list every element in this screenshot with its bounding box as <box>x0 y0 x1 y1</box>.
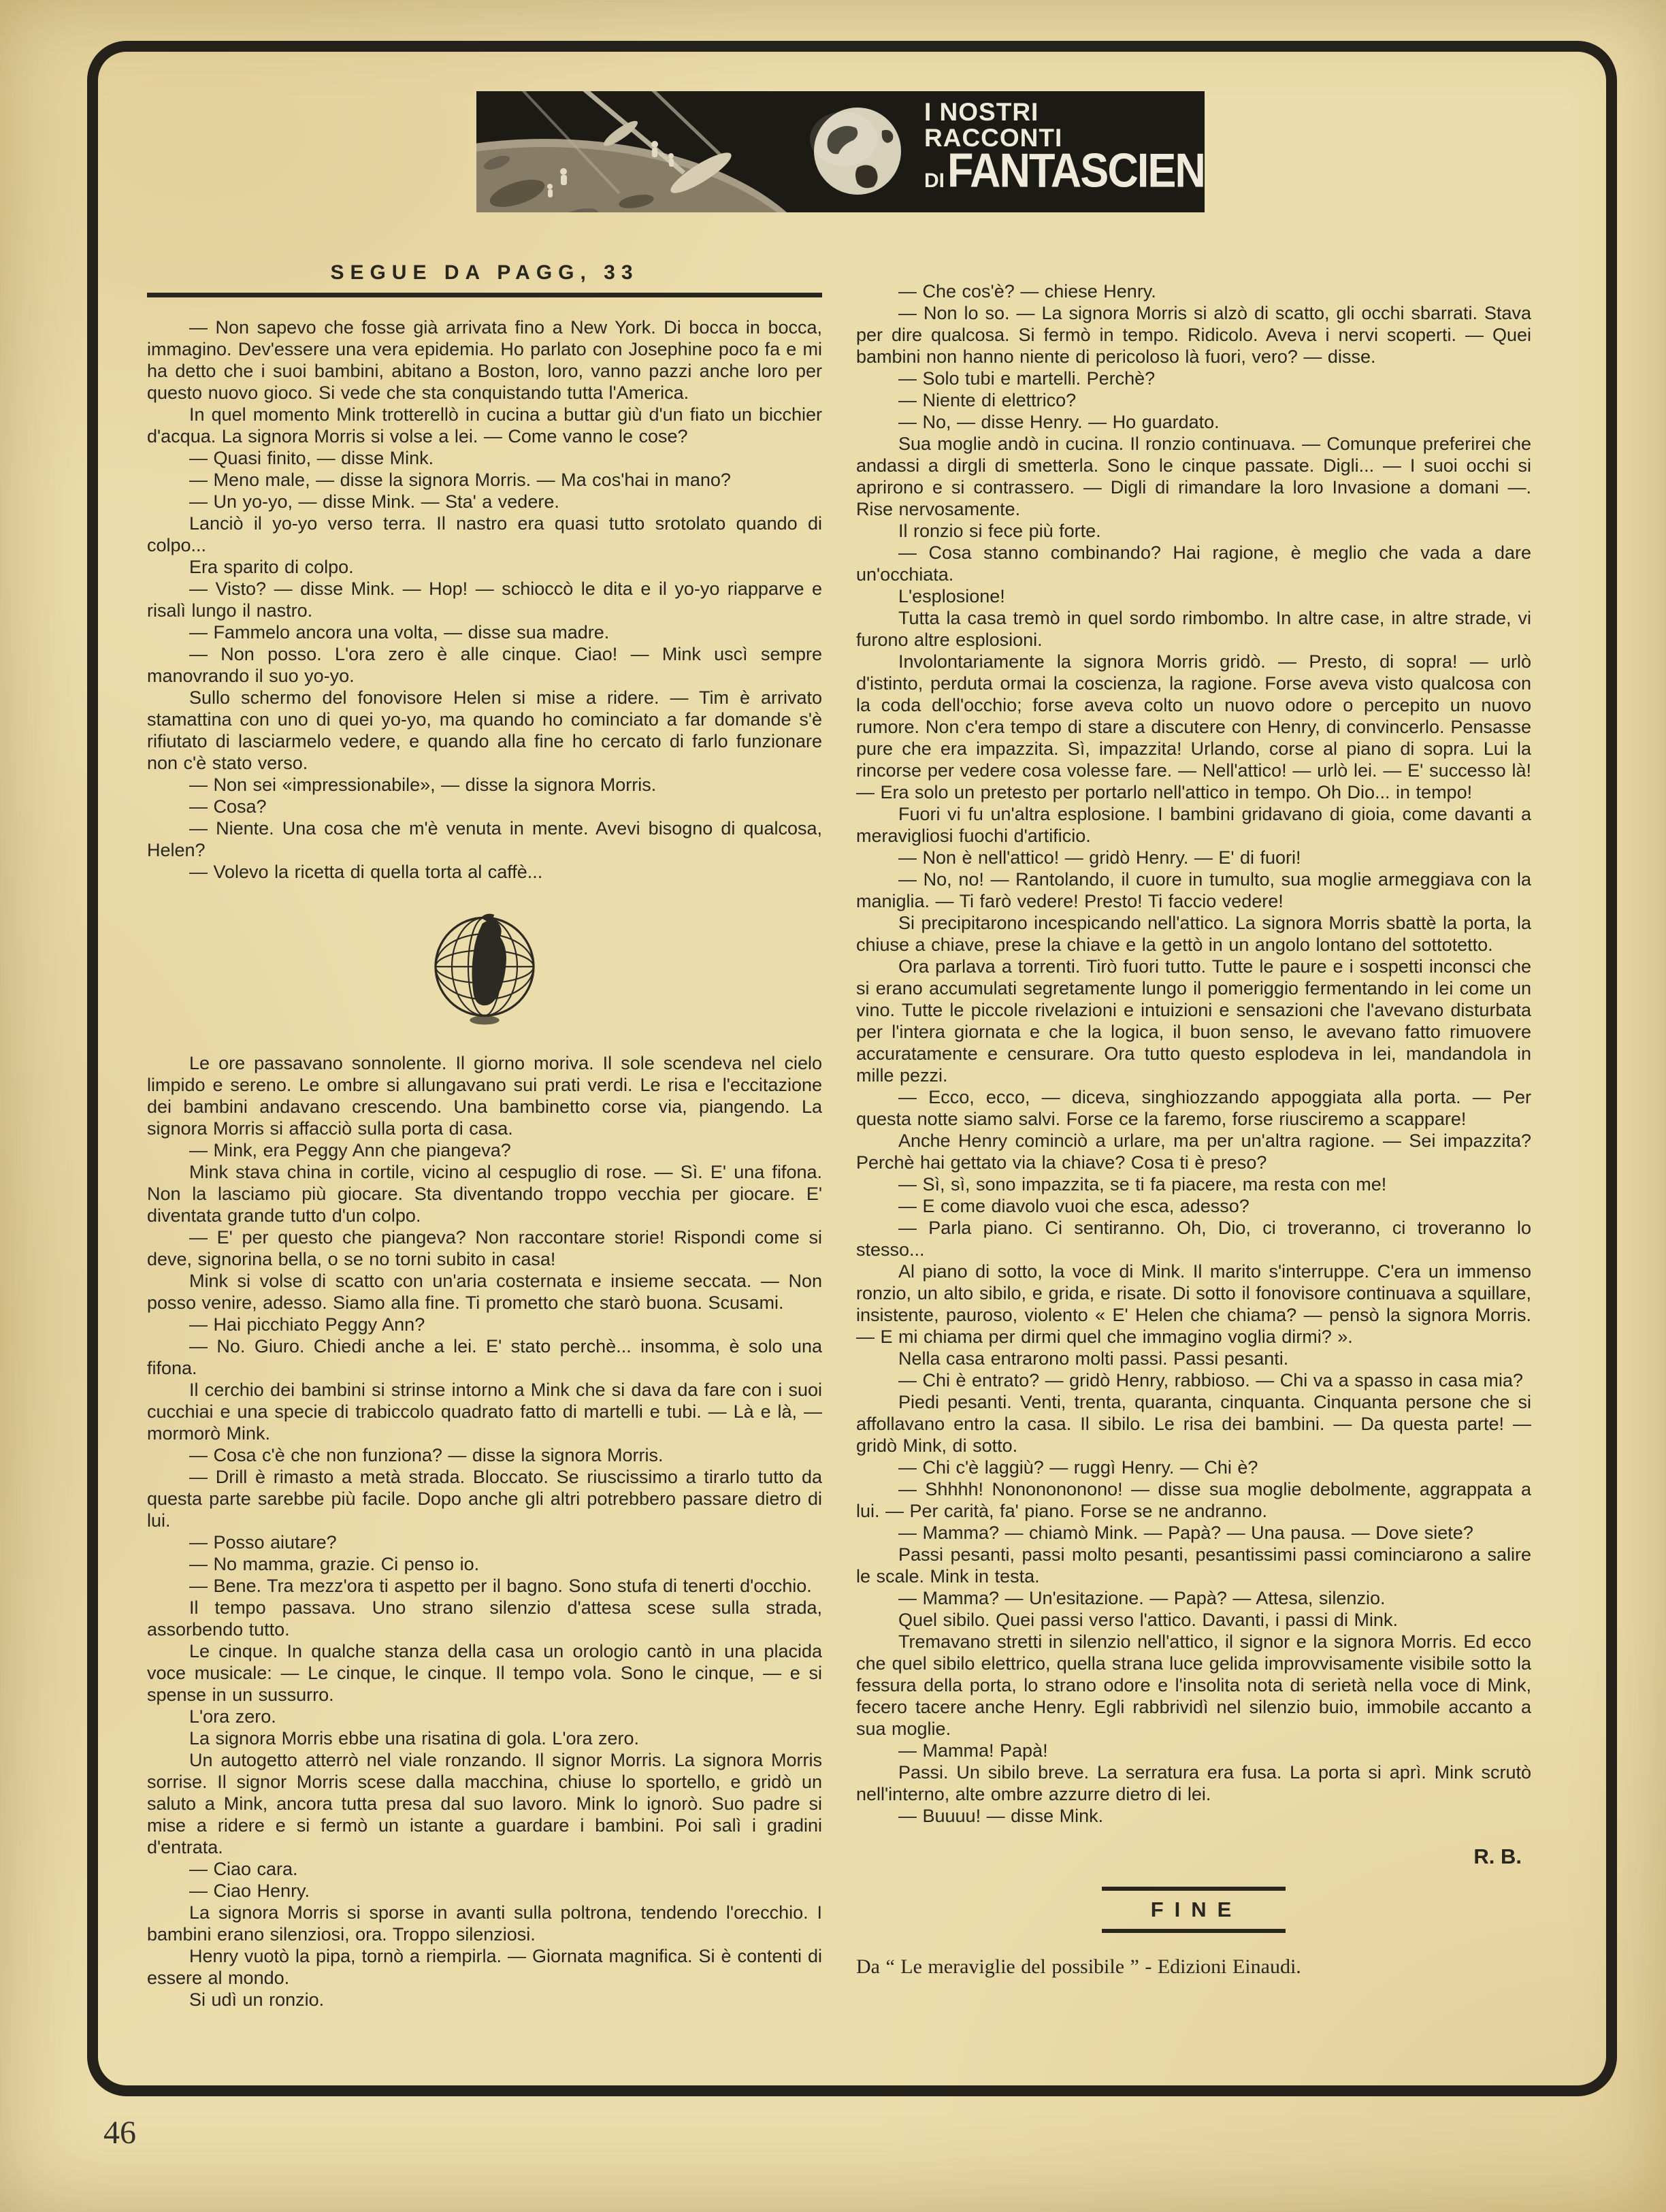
story-paragraph: — Ecco, ecco, — diceva, singhiozzando ap… <box>856 1086 1531 1130</box>
story-paragraph: — Mink, era Peggy Ann che piangeva? <box>147 1139 822 1161</box>
banner-title: FANTASCIENZA <box>947 147 1205 196</box>
right-column-text: — Che cos'è? — chiese Henry.— Non lo so.… <box>856 280 1531 1827</box>
story-paragraph: Sullo schermo del fonovisore Helen si mi… <box>147 687 822 774</box>
story-paragraph: Mink si volse di scatto con un'aria cost… <box>147 1270 822 1314</box>
right-column: — Che cos'è? — chiese Henry.— Non lo so.… <box>856 280 1531 1978</box>
story-paragraph: — Un yo-yo, — disse Mink. — Sta' a veder… <box>147 491 822 513</box>
story-paragraph: La signora Morris ebbe una risatina di g… <box>147 1727 822 1749</box>
continuation-rule <box>147 293 822 297</box>
story-paragraph: Piedi pesanti. Venti, trenta, quaranta, … <box>856 1391 1531 1457</box>
story-paragraph: — No. Giuro. Chiedi anche a lei. E' stat… <box>147 1335 822 1379</box>
page-number: 46 <box>103 2114 136 2151</box>
story-paragraph: Tutta la casa tremò in quel sordo rimbom… <box>856 607 1531 651</box>
story-paragraph: — Cosa? <box>147 796 822 817</box>
story-paragraph: — Non lo so. — La signora Morris si alzò… <box>856 302 1531 368</box>
story-paragraph: Quel sibilo. Quei passi verso l'attico. … <box>856 1609 1531 1631</box>
author-initials: R. B. <box>856 1844 1522 1869</box>
left-column-text-bottom: Le ore passavano sonnolente. Il giorno m… <box>147 1052 822 2011</box>
story-paragraph: — Parla piano. Ci sentiranno. Oh, Dio, c… <box>856 1217 1531 1260</box>
story-paragraph: — Shhhh! Nononononono! — disse sua mogli… <box>856 1478 1531 1522</box>
story-paragraph: Tremavano stretti in silenzio nell'attic… <box>856 1631 1531 1740</box>
story-paragraph: — Mamma! Papà! <box>856 1740 1531 1761</box>
story-paragraph: Mink stava china in cortile, vicino al c… <box>147 1161 822 1226</box>
story-paragraph: — Visto? — disse Mink. — Hop! — schioccò… <box>147 578 822 621</box>
story-paragraph: La signora Morris si sporse in avanti su… <box>147 1902 822 1945</box>
story-paragraph: — Drill è rimasto a metà strada. Bloccat… <box>147 1466 822 1531</box>
story-paragraph: — No mamma, grazie. Ci penso io. <box>147 1553 822 1575</box>
story-paragraph: Il ronzio si fece più forte. <box>856 520 1531 542</box>
story-paragraph: Fuori vi fu un'altra esplosione. I bambi… <box>856 803 1531 847</box>
story-paragraph: L'esplosione! <box>856 585 1531 607</box>
story-paragraph: — Niente. Una cosa che m'è venuta in men… <box>147 817 822 861</box>
story-paragraph: Al piano di sotto, la voce di Mink. Il m… <box>856 1260 1531 1348</box>
story-paragraph: Si precipitarono incespicando nell'attic… <box>856 912 1531 956</box>
story-paragraph: — Quasi finito, — disse Mink. <box>147 447 822 469</box>
story-paragraph: Un autogetto atterrò nel viale ronzando.… <box>147 1749 822 1858</box>
story-paragraph: — Volevo la ricetta di quella torta al c… <box>147 861 822 883</box>
story-paragraph: — Hai picchiato Peggy Ann? <box>147 1314 822 1335</box>
source-attribution: Da “ Le meraviglie del possibile ” - Edi… <box>856 1956 1531 1978</box>
globe-illustration <box>147 907 822 1033</box>
story-paragraph: Il cerchio dei bambini si strinse intorn… <box>147 1379 822 1444</box>
header-banner: I NOSTRI RACCONTI DI FANTASCIENZA <box>476 91 1205 212</box>
story-paragraph: — Chi c'è laggiù? — ruggì Henry. — Chi è… <box>856 1457 1531 1478</box>
fine-rule-bottom <box>1102 1929 1286 1933</box>
story-paragraph: Le ore passavano sonnolente. Il giorno m… <box>147 1052 822 1139</box>
story-paragraph: — E' per questo che piangeva? Non raccon… <box>147 1226 822 1270</box>
story-paragraph: Era sparito di colpo. <box>147 556 822 578</box>
globe-icon <box>427 907 542 1030</box>
story-paragraph: L'ora zero. <box>147 1706 822 1727</box>
story-paragraph: — Non è nell'attico! — gridò Henry. — E'… <box>856 847 1531 868</box>
story-paragraph: — Chi è entrato? — gridò Henry, rabbioso… <box>856 1369 1531 1391</box>
fine-label: FINE <box>1102 1891 1286 1929</box>
story-paragraph: — Posso aiutare? <box>147 1531 822 1553</box>
story-paragraph: Ora parlava a torrenti. Tirò fuori tutto… <box>856 956 1531 1086</box>
story-paragraph: In quel momento Mink trotterellò in cuci… <box>147 404 822 447</box>
story-paragraph: Passi pesanti, passi molto pesanti, pesa… <box>856 1544 1531 1587</box>
banner-text: I NOSTRI RACCONTI DI FANTASCIENZA <box>917 91 1205 212</box>
banner-kicker-line: DI <box>924 171 945 192</box>
story-paragraph: — Non sapevo che fosse già arrivata fino… <box>147 316 822 404</box>
story-paragraph: — Ciao cara. <box>147 1858 822 1880</box>
story-paragraph: — E come diavolo vuoi che esca, adesso? <box>856 1195 1531 1217</box>
story-paragraph: Il tempo passava. Uno strano silenzio d'… <box>147 1597 822 1640</box>
story-paragraph: — Solo tubi e martelli. Perchè? <box>856 368 1531 389</box>
story-paragraph: Nella casa entrarono molti passi. Passi … <box>856 1348 1531 1369</box>
story-paragraph: Involontariamente la signora Morris grid… <box>856 651 1531 803</box>
story-paragraph: — Buuuu! — disse Mink. <box>856 1805 1531 1827</box>
story-paragraph: Sua moglie andò in cucina. Il ronzio con… <box>856 433 1531 520</box>
story-paragraph: — Non posso. L'ora zero è alle cinque. C… <box>147 643 822 687</box>
story-paragraph: — Fammelo ancora una volta, — disse sua … <box>147 621 822 643</box>
story-paragraph: — No, no! — Rantolando, il cuore in tumu… <box>856 868 1531 912</box>
story-paragraph: — Che cos'è? — chiese Henry. <box>856 280 1531 302</box>
story-paragraph: — Niente di elettrico? <box>856 389 1531 411</box>
story-paragraph: — Bene. Tra mezz'ora ti aspetto per il b… <box>147 1575 822 1597</box>
story-paragraph: Henry vuotò la pipa, tornò a riempirla. … <box>147 1945 822 1989</box>
story-paragraph: Lanciò il yo-yo verso terra. Il nastro e… <box>147 513 822 556</box>
space-scene-illustration <box>476 91 917 212</box>
fine-block: FINE <box>1102 1887 1286 1933</box>
story-paragraph: — Non sei «impressionabile», — disse la … <box>147 774 822 796</box>
continuation-header: SEGUE DA PAGG, 33 <box>147 261 822 284</box>
story-paragraph: — Meno male, — disse la signora Morris. … <box>147 469 822 491</box>
story-paragraph: — No, — disse Henry. — Ho guardato. <box>856 411 1531 433</box>
left-column-text-top: — Non sapevo che fosse già arrivata fino… <box>147 316 822 883</box>
story-paragraph: — Ciao Henry. <box>147 1880 822 1902</box>
story-paragraph: — Cosa stanno combinando? Hai ragione, è… <box>856 542 1531 585</box>
story-paragraph: Si udì un ronzio. <box>147 1989 822 2011</box>
story-paragraph: Passi. Un sibilo breve. La serratura era… <box>856 1761 1531 1805</box>
left-column: SEGUE DA PAGG, 33 — Non sapevo che fosse… <box>147 261 822 2011</box>
story-paragraph: — Cosa c'è che non funziona? — disse la … <box>147 1444 822 1466</box>
story-paragraph: Le cinque. In qualche stanza della casa … <box>147 1640 822 1706</box>
story-paragraph: — Mamma? — Un'esitazione. — Papà? — Atte… <box>856 1587 1531 1609</box>
story-paragraph: — Sì, sì, sono impazzita, se ti fa piace… <box>856 1173 1531 1195</box>
magazine-page: I NOSTRI RACCONTI DI FANTASCIENZA SEGUE … <box>0 0 1666 2212</box>
banner-kicker-line: I NOSTRI <box>924 99 1205 125</box>
story-paragraph: Anche Henry cominciò a urlare, ma per un… <box>856 1130 1531 1173</box>
story-paragraph: — Mamma? — chiamò Mink. — Papà? — Una pa… <box>856 1522 1531 1544</box>
